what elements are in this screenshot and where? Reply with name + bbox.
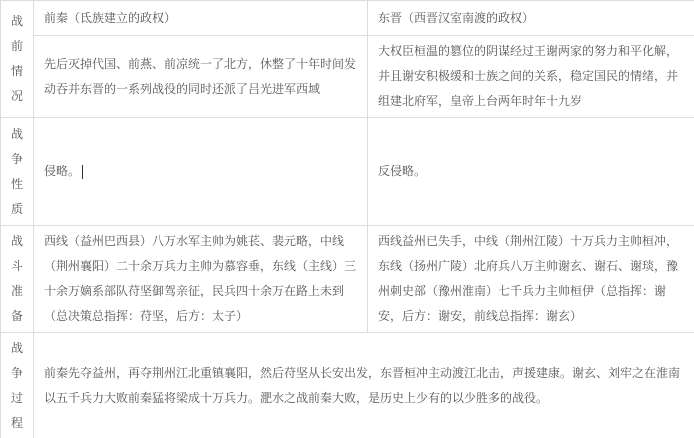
label-char: 战 [11, 122, 23, 147]
row-label-course: 战 争 过 程 [1, 333, 33, 438]
cell-pre-war-former-qin: 先后灭掉代国、前燕、前凉统一了北方，休整了十年时间发动吞并东晋的一系列战役的同时… [34, 36, 367, 117]
label-char: 战 [11, 229, 23, 254]
pre-war-former-qin-text: 先后灭掉代国、前燕、前凉统一了北方，休整了十年时间发动吞并东晋的一系列战役的同时… [44, 52, 357, 102]
pre-war-eastern-jin-text: 大权臣桓温的篡位的阴谋经过王谢两家的努力和平化解，并且谢安积极缓和士族之间的关系… [378, 39, 684, 114]
label-char: 争 [11, 361, 23, 386]
label-char: 情 [11, 59, 23, 84]
label-char: 准 [11, 279, 23, 304]
comparison-table: 前秦（氐族建立的政权） 东晋（西晋汉室南渡的政权） 战 前 情 况 先后灭掉代国… [0, 0, 694, 438]
preparation-eastern-jin-text: 西线益州已失手，中线（荆州江陵）十万兵力主帅桓冲，东线（扬州广陵）北府兵八万主帅… [378, 229, 684, 329]
header-former-qin-text: 前秦（氐族建立的政权） [44, 6, 176, 31]
label-char: 争 [11, 147, 23, 172]
cell-preparation-former-qin: 西线（益州巴西县）八万水军主帅为姚苌、裴元略，中线（荆州襄阳）二十余万兵力主帅为… [34, 226, 367, 332]
header-eastern-jin: 东晋（西晋汉室南渡的政权） [368, 1, 694, 35]
cell-nature-eastern-jin: 反侵略。 [368, 118, 694, 225]
label-char: 斗 [11, 254, 23, 279]
label-char: 过 [11, 386, 23, 411]
header-eastern-jin-text: 东晋（西晋汉室南渡的政权） [378, 6, 534, 31]
header-former-qin: 前秦（氐族建立的政权） [34, 1, 367, 35]
nature-former-qin-text: 侵略。 [44, 159, 80, 184]
row-label-preparation: 战 斗 准 备 [1, 226, 33, 332]
course-text: 前秦先夺益州，再夺荆州江北重镇襄阳，然后苻坚从长安出发，东晋桓冲主动渡江北击，声… [44, 361, 684, 411]
label-char: 况 [11, 84, 23, 109]
label-char: 战 [11, 9, 23, 34]
cell-nature-former-qin[interactable]: 侵略。 [34, 118, 367, 225]
cell-preparation-eastern-jin: 西线益州已失手，中线（荆州江陵）十万兵力主帅桓冲，东线（扬州广陵）北府兵八万主帅… [368, 226, 694, 332]
label-char: 战 [11, 336, 23, 361]
label-char: 性 [11, 172, 23, 197]
label-char: 程 [11, 411, 23, 436]
preparation-former-qin-text: 西线（益州巴西县）八万水军主帅为姚苌、裴元略，中线（荆州襄阳）二十余万兵力主帅为… [44, 229, 357, 329]
cell-pre-war-eastern-jin: 大权臣桓温的篡位的阴谋经过王谢两家的努力和平化解，并且谢安积极缓和士族之间的关系… [368, 36, 694, 117]
text-cursor [82, 165, 83, 179]
label-char: 质 [11, 197, 23, 222]
row-label-nature: 战 争 性 质 [1, 118, 33, 225]
nature-eastern-jin-text: 反侵略。 [378, 159, 426, 184]
row-label-pre-war: 战 前 情 况 [1, 1, 33, 117]
label-char: 备 [11, 304, 23, 329]
label-char: 前 [11, 34, 23, 59]
cell-course-merged: 前秦先夺益州，再夺荆州江北重镇襄阳，然后苻坚从长安出发，东晋桓冲主动渡江北击，声… [34, 333, 694, 438]
